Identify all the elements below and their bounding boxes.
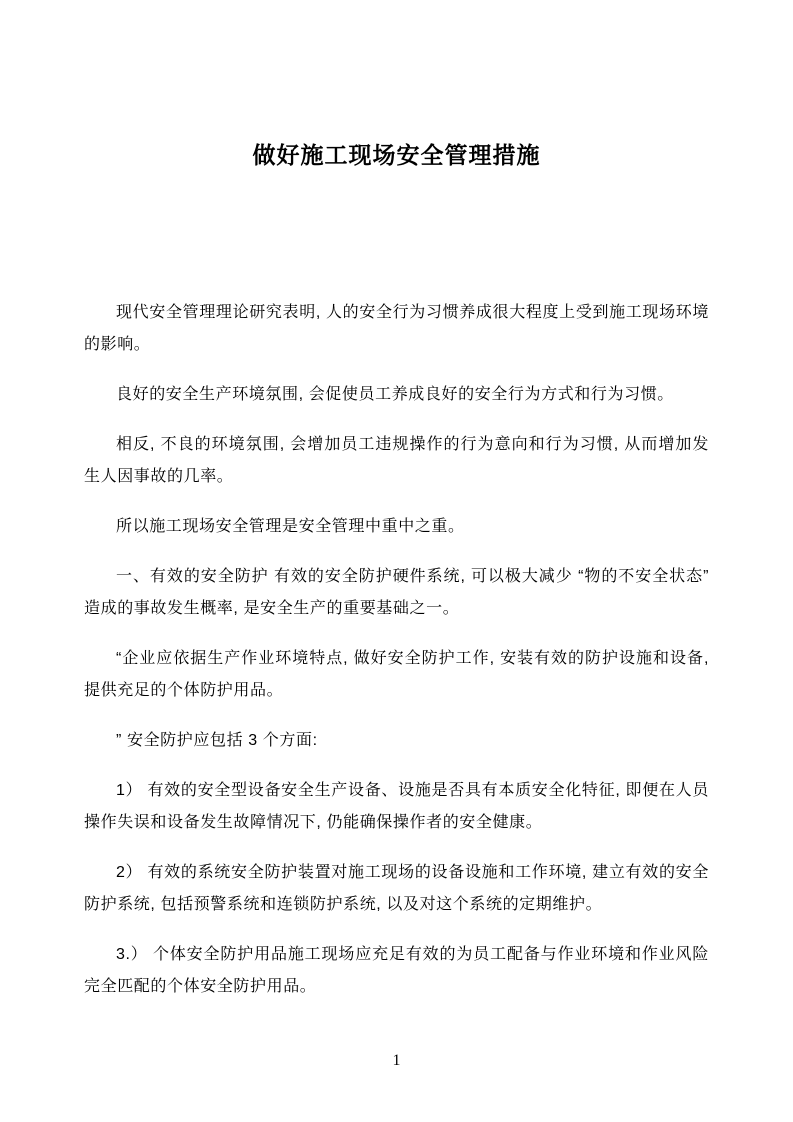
document-body: 现代安全管理理论研究表明, 人的安全行为习惯养成很大程度上受到施工现场环境的影响… [0, 297, 793, 1003]
paragraph: “企业应依据生产作业环境特点, 做好安全防护工作, 安装有效的防护设施和设备, … [84, 643, 709, 707]
paragraph: 现代安全管理理论研究表明, 人的安全行为习惯养成很大程度上受到施工现场环境的影响… [84, 297, 709, 361]
paragraph: 相反, 不良的环境氛围, 会增加员工违规操作的行为意向和行为习惯, 从而增加发生… [84, 429, 709, 493]
paragraph: 2） 有效的系统安全防护装置对施工现场的设备设施和工作环境, 建立有效的安全防护… [84, 857, 709, 921]
paragraph: 良好的安全生产环境氛围, 会促使员工养成良好的安全行为方式和行为习惯。 [84, 379, 709, 411]
paragraph: 3.） 个体安全防护用品施工现场应充足有效的为员工配备与作业环境和作业风险完全匹… [84, 939, 709, 1003]
paragraph: 所以施工现场安全管理是安全管理中重中之重。 [84, 511, 709, 543]
document-page: 做好施工现场安全管理措施 现代安全管理理论研究表明, 人的安全行为习惯养成很大程… [0, 0, 793, 1122]
paragraph: 1） 有效的安全型设备安全生产设备、设施是否具有本质安全化特征, 即便在人员操作… [84, 775, 709, 839]
page-footer: 1 [0, 1052, 793, 1070]
paragraph: ” 安全防护应包括 3 个方面: [84, 725, 709, 757]
page-number: 1 [393, 1052, 401, 1069]
paragraph: 一、有效的安全防护 有效的安全防护硬件系统, 可以极大减少 “物的不安全状态” … [84, 561, 709, 625]
document-title: 做好施工现场安全管理措施 [0, 0, 793, 170]
